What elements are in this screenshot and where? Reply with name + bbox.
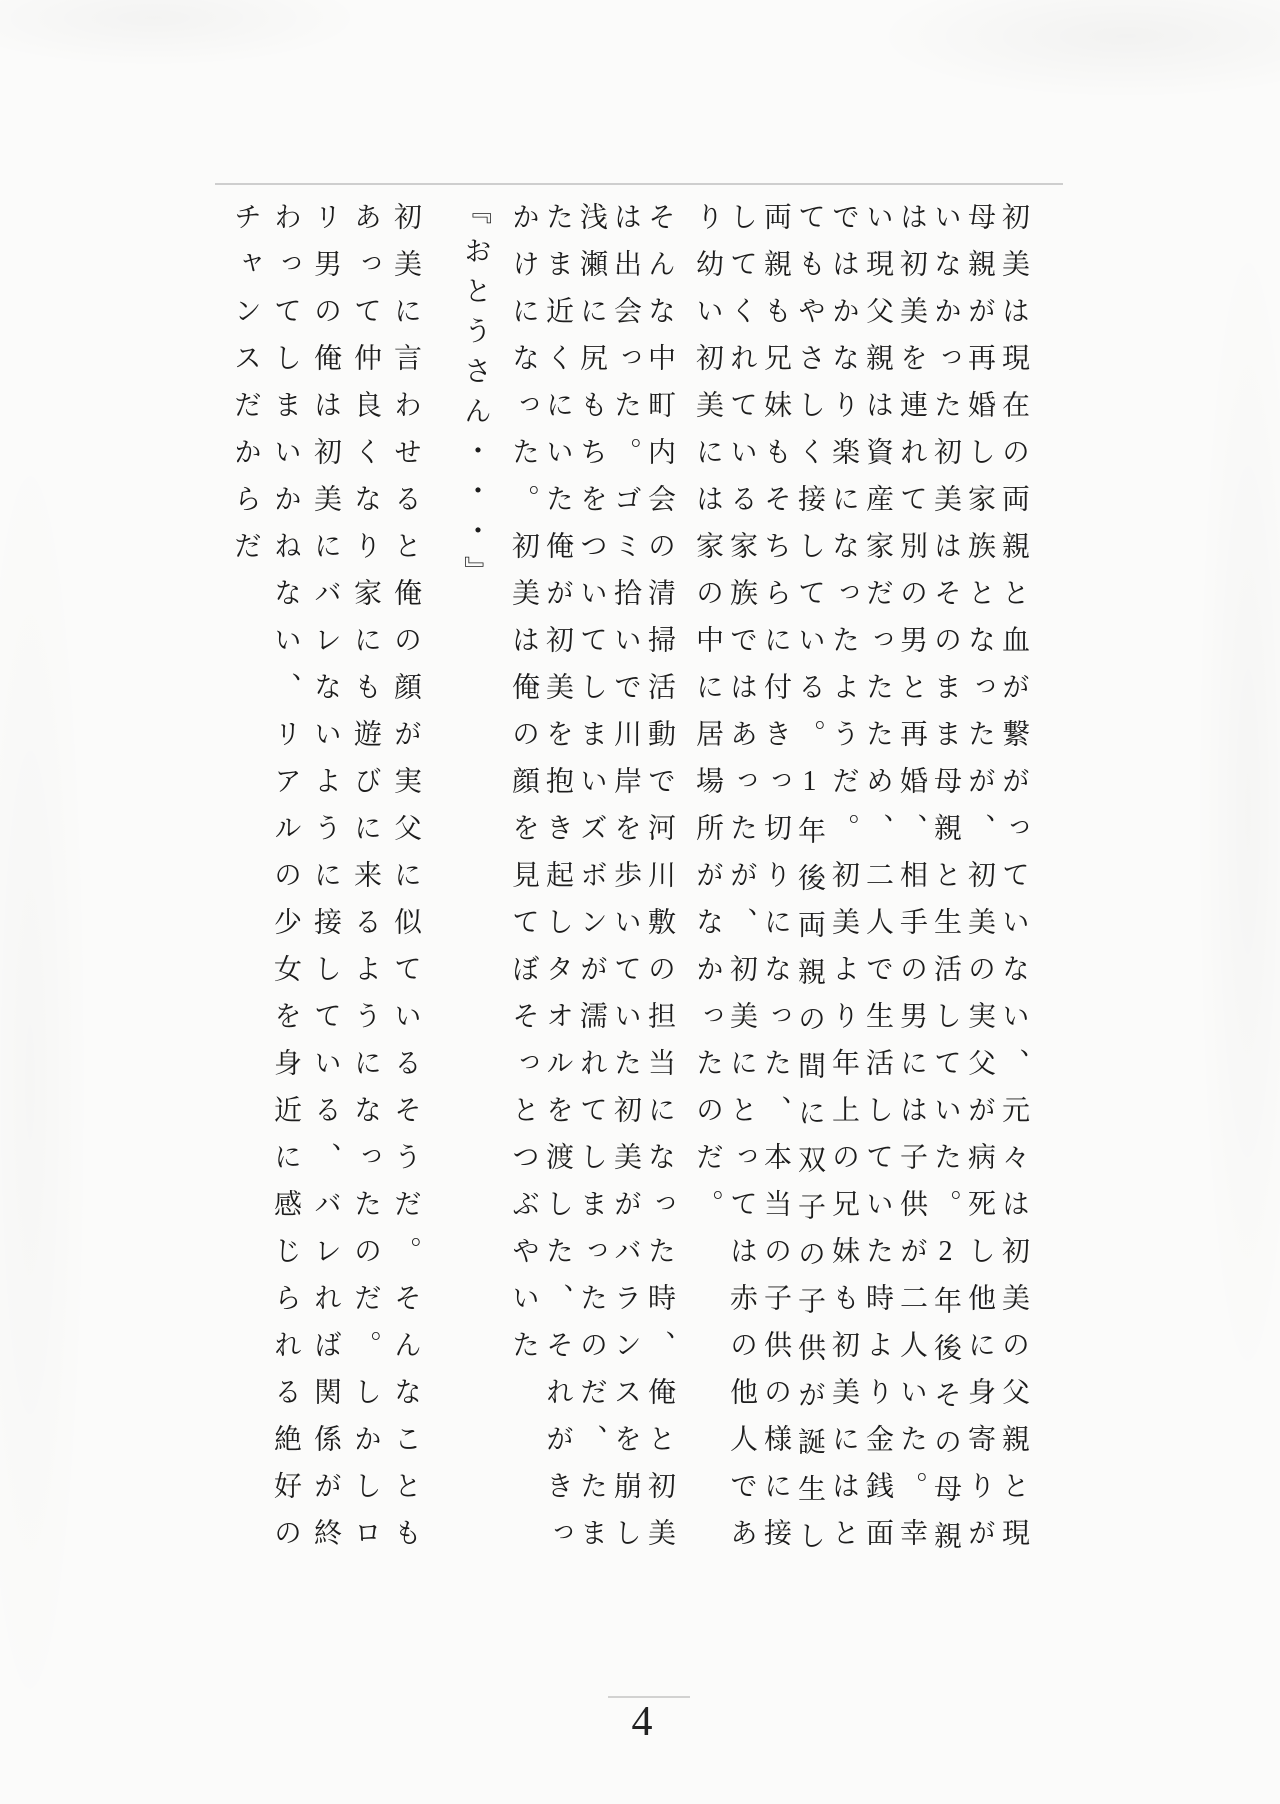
page-number: 4 [602, 1698, 682, 1746]
text-paragraph-3: 初美に言わせると俺の顔が実父に似ているそうだ。そんなことも あって仲良くなり家に… [225, 202, 425, 1565]
scanned-document-page: 初美は現在の両親と血が繋がっていない、元々は初美の父親と現 母親が再婚し家族とな… [0, 0, 1280, 1804]
text-paragraph-2: そんな中町内会の清掃活動で河川敷の担当になった時、俺と初美 は出会った。ゴミ拾い… [506, 202, 676, 1565]
text-paragraph-1: 初美は現在の両親と血が繋がっていない、元々は初美の父親と現 母親が再婚し家族とな… [690, 202, 1030, 1568]
top-scan-line [215, 183, 1063, 185]
quote-otousan: 『おとうさん・・・』 [458, 196, 492, 596]
